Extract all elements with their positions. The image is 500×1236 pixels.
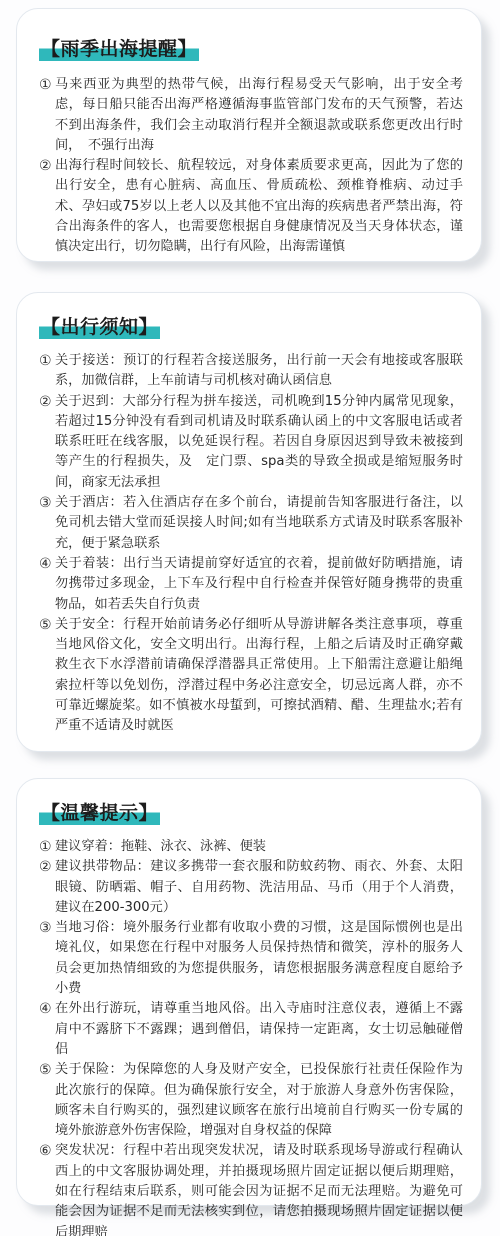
list-item: ① 关于接送：预订的行程若含接送服务，出行前一天会有地接或客服联系，加微信群，上…	[39, 351, 463, 392]
list-item: ③ 当地习俗：境外服务行业都有收取小费的习惯，这是国际惯例也是出境礼仪，如果您在…	[39, 918, 463, 999]
item-number: ②	[39, 392, 55, 412]
list-item: ① 马来西亚为典型的热带气候，出海行程易受天气影响，出于安全考虑，每日船只能否出…	[39, 75, 463, 156]
item-text: 突发状况：行程中若出现突发状况，请及时联系现场导游或行程确认西上的中文客服协调处…	[55, 1141, 463, 1236]
list-item: ② 关于迟到：大部分行程为拼车接送，司机晚到15分钟内属常见现象，若超过15分钟…	[39, 392, 463, 493]
item-number: ①	[39, 75, 55, 95]
item-number: ④	[39, 554, 55, 574]
item-number: ③	[39, 918, 55, 938]
item-text: 关于迟到：大部分行程为拼车接送，司机晚到15分钟内属常见现象，若超过15分钟没有…	[55, 392, 463, 493]
list-item: ⑤ 关于保险：为保障您的人身及财产安全，已投保旅行社责任保险作为此次旅行的保障。…	[39, 1060, 463, 1141]
item-text: 关于保险：为保障您的人身及财产安全，已投保旅行社责任保险作为此次旅行的保障。但为…	[55, 1060, 463, 1141]
item-number: ①	[39, 351, 55, 371]
list-item: ④ 关于着装：出行当天请提前穿好适宜的衣着，提前做好防晒措施，请勿携带过多现金，…	[39, 554, 463, 615]
item-list: ① 关于接送：预订的行程若含接送服务，出行前一天会有地接或客服联系，加微信群，上…	[39, 351, 463, 737]
list-item: ③ 关于酒店：若入住酒店存在多个前台，请提前告知客服进行备注，以免司机去错大堂而…	[39, 493, 463, 554]
card-travel-notice: 【出行须知】 ① 关于接送：预订的行程若含接送服务，出行前一天会有地接或客服联系…	[16, 292, 482, 752]
item-text: 出海行程时间较长、航程较远，对身体素质要求更高，因此为了您的出行安全，患有心脏病…	[55, 156, 463, 257]
item-number: ⑥	[39, 1141, 55, 1161]
item-number: ⑤	[39, 1060, 55, 1080]
item-text: 建议拱带物品：建议多携带一套衣服和防蚊药物、雨衣、外套、太阳眼镜、防晒霜、帽子、…	[55, 857, 463, 918]
item-number: ③	[39, 493, 55, 513]
list-item: ① 建议穿着：拖鞋、泳衣、泳裤、便装	[39, 837, 463, 857]
item-number: ①	[39, 837, 55, 857]
item-number: ②	[39, 156, 55, 176]
list-item: ② 出海行程时间较长、航程较远，对身体素质要求更高，因此为了您的出行安全，患有心…	[39, 156, 463, 257]
list-item: ④ 在外出行游玩，请尊重当地风俗。出入寺庙时注意仪表，遵循上不露肩中不露脐下不露…	[39, 999, 463, 1060]
item-text: 关于酒店：若入住酒店存在多个前台，请提前告知客服进行备注，以免司机去错大堂而延误…	[55, 493, 463, 554]
item-number: ②	[39, 857, 55, 877]
item-text: 马来西亚为典型的热带气候，出海行程易受天气影响，出于安全考虑，每日船只能否出海严…	[55, 75, 463, 156]
item-number: ⑤	[39, 615, 55, 635]
item-text: 关于着装：出行当天请提前穿好适宜的衣着，提前做好防晒措施，请勿携带过多现金，上下…	[55, 554, 463, 615]
section-title: 【雨季出海提醒】	[39, 37, 199, 61]
item-text: 当地习俗：境外服务行业都有收取小费的习惯，这是国际惯例也是出境礼仪，如果您在行程…	[55, 918, 463, 999]
item-text: 建议穿着：拖鞋、泳衣、泳裤、便装	[55, 837, 463, 857]
item-list: ① 建议穿着：拖鞋、泳衣、泳裤、便装 ② 建议拱带物品：建议多携带一套衣服和防蚊…	[39, 837, 463, 1236]
section-title: 【出行须知】	[39, 315, 160, 339]
item-number: ④	[39, 999, 55, 1019]
card-warm-tips: 【温馨提示】 ① 建议穿着：拖鞋、泳衣、泳裤、便装 ② 建议拱带物品：建议多携带…	[16, 778, 482, 1206]
item-text: 关于接送：预订的行程若含接送服务，出行前一天会有地接或客服联系，加微信群，上车前…	[55, 351, 463, 392]
list-item: ⑤ 关于安全：行程开始前请务必仔细听从导游讲解各类注意事项，尊重当地风俗文化，安…	[39, 615, 463, 737]
list-item: ⑥ 突发状况：行程中若出现突发状况，请及时联系现场导游或行程确认西上的中文客服协…	[39, 1141, 463, 1236]
item-text: 关于安全：行程开始前请务必仔细听从导游讲解各类注意事项，尊重当地风俗文化，安全文…	[55, 615, 463, 737]
item-list: ① 马来西亚为典型的热带气候，出海行程易受天气影响，出于安全考虑，每日船只能否出…	[39, 75, 463, 258]
list-item: ② 建议拱带物品：建议多携带一套衣服和防蚊药物、雨衣、外套、太阳眼镜、防晒霜、帽…	[39, 857, 463, 918]
card-rainy-season-reminder: 【雨季出海提醒】 ① 马来西亚为典型的热带气候，出海行程易受天气影响，出于安全考…	[16, 8, 482, 262]
item-text: 在外出行游玩，请尊重当地风俗。出入寺庙时注意仪表，遵循上不露肩中不露脐下不露踝；…	[55, 999, 463, 1060]
section-title: 【温馨提示】	[39, 801, 160, 825]
